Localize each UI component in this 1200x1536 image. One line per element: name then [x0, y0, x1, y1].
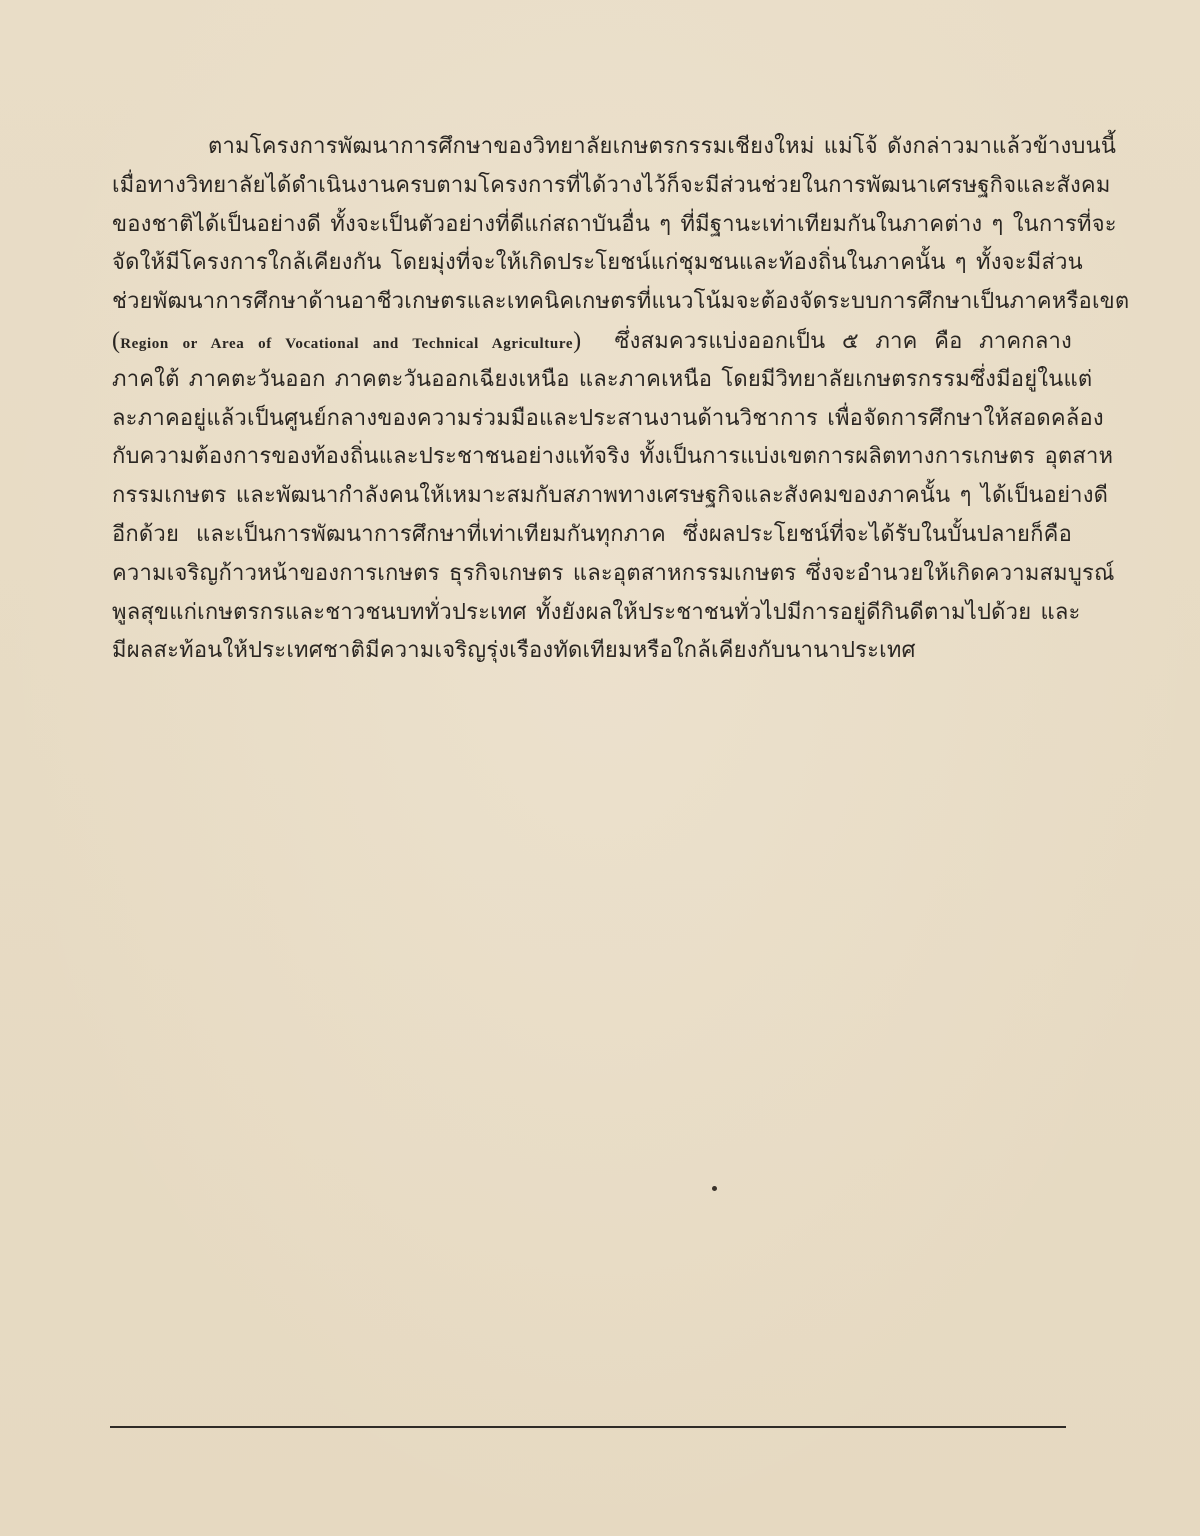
text-line: มีผลสะท้อนให้ประเทศชาติมีความเจริญรุ่งเร…: [112, 632, 1072, 671]
text-line: ละภาคอยู่แล้วเป็นศูนย์กลางของความร่วมมือ…: [112, 400, 1072, 439]
body-paragraph: ตามโครงการพัฒนาการศึกษาของวิทยาลัยเกษตรก…: [112, 128, 1072, 671]
text-line: กับความต้องการของท้องถิ่นและประชาชนอย่าง…: [112, 438, 1072, 477]
ink-dot-mark: [712, 1186, 717, 1191]
text-line: ภาคใต้ ภาคตะวันออก ภาคตะวันออกเฉียงเหนือ…: [112, 361, 1072, 400]
text-line: กรรมเกษตร และพัฒนากำลังคนให้เหมาะสมกับสภ…: [112, 477, 1072, 516]
text-line: อีกด้วย และเป็นการพัฒนาการศึกษาที่เท่าเท…: [112, 516, 1072, 555]
text-line: ช่วยพัฒนาการศึกษาด้านอาชีวเกษตรและเทคนิค…: [112, 283, 1072, 322]
thai-continuation: ซึ่งสมควรแบ่งออกเป็น ๕ ภาค คือ ภาคกลาง: [615, 329, 1073, 354]
open-paren: (: [112, 328, 120, 354]
close-paren: ): [573, 328, 581, 354]
text-line: ตามโครงการพัฒนาการศึกษาของวิทยาลัยเกษตรก…: [112, 128, 1072, 167]
english-term: Region or Area of Vocational and Technic…: [120, 336, 573, 352]
text-line: จัดให้มีโครงการใกล้เคียงกัน โดยมุ่งที่จะ…: [112, 244, 1072, 283]
text-line: ความเจริญก้าวหน้าของการเกษตร ธุรกิจเกษตร…: [112, 555, 1072, 594]
text-line: ของชาติได้เป็นอย่างดี ทั้งจะเป็นตัวอย่าง…: [112, 206, 1072, 245]
scanned-page: ตามโครงการพัฒนาการศึกษาของวิทยาลัยเกษตรก…: [0, 0, 1200, 1536]
text-line-mixed: (Region or Area of Vocational and Techni…: [112, 322, 1072, 361]
text-line: พูลสุขแก่เกษตรกรและชาวชนบททั่วประเทศ ทั้…: [112, 594, 1072, 633]
text-line: เมื่อทางวิทยาลัยได้ดำเนินงานครบตามโครงกา…: [112, 167, 1072, 206]
footnote-divider: [110, 1426, 1066, 1428]
